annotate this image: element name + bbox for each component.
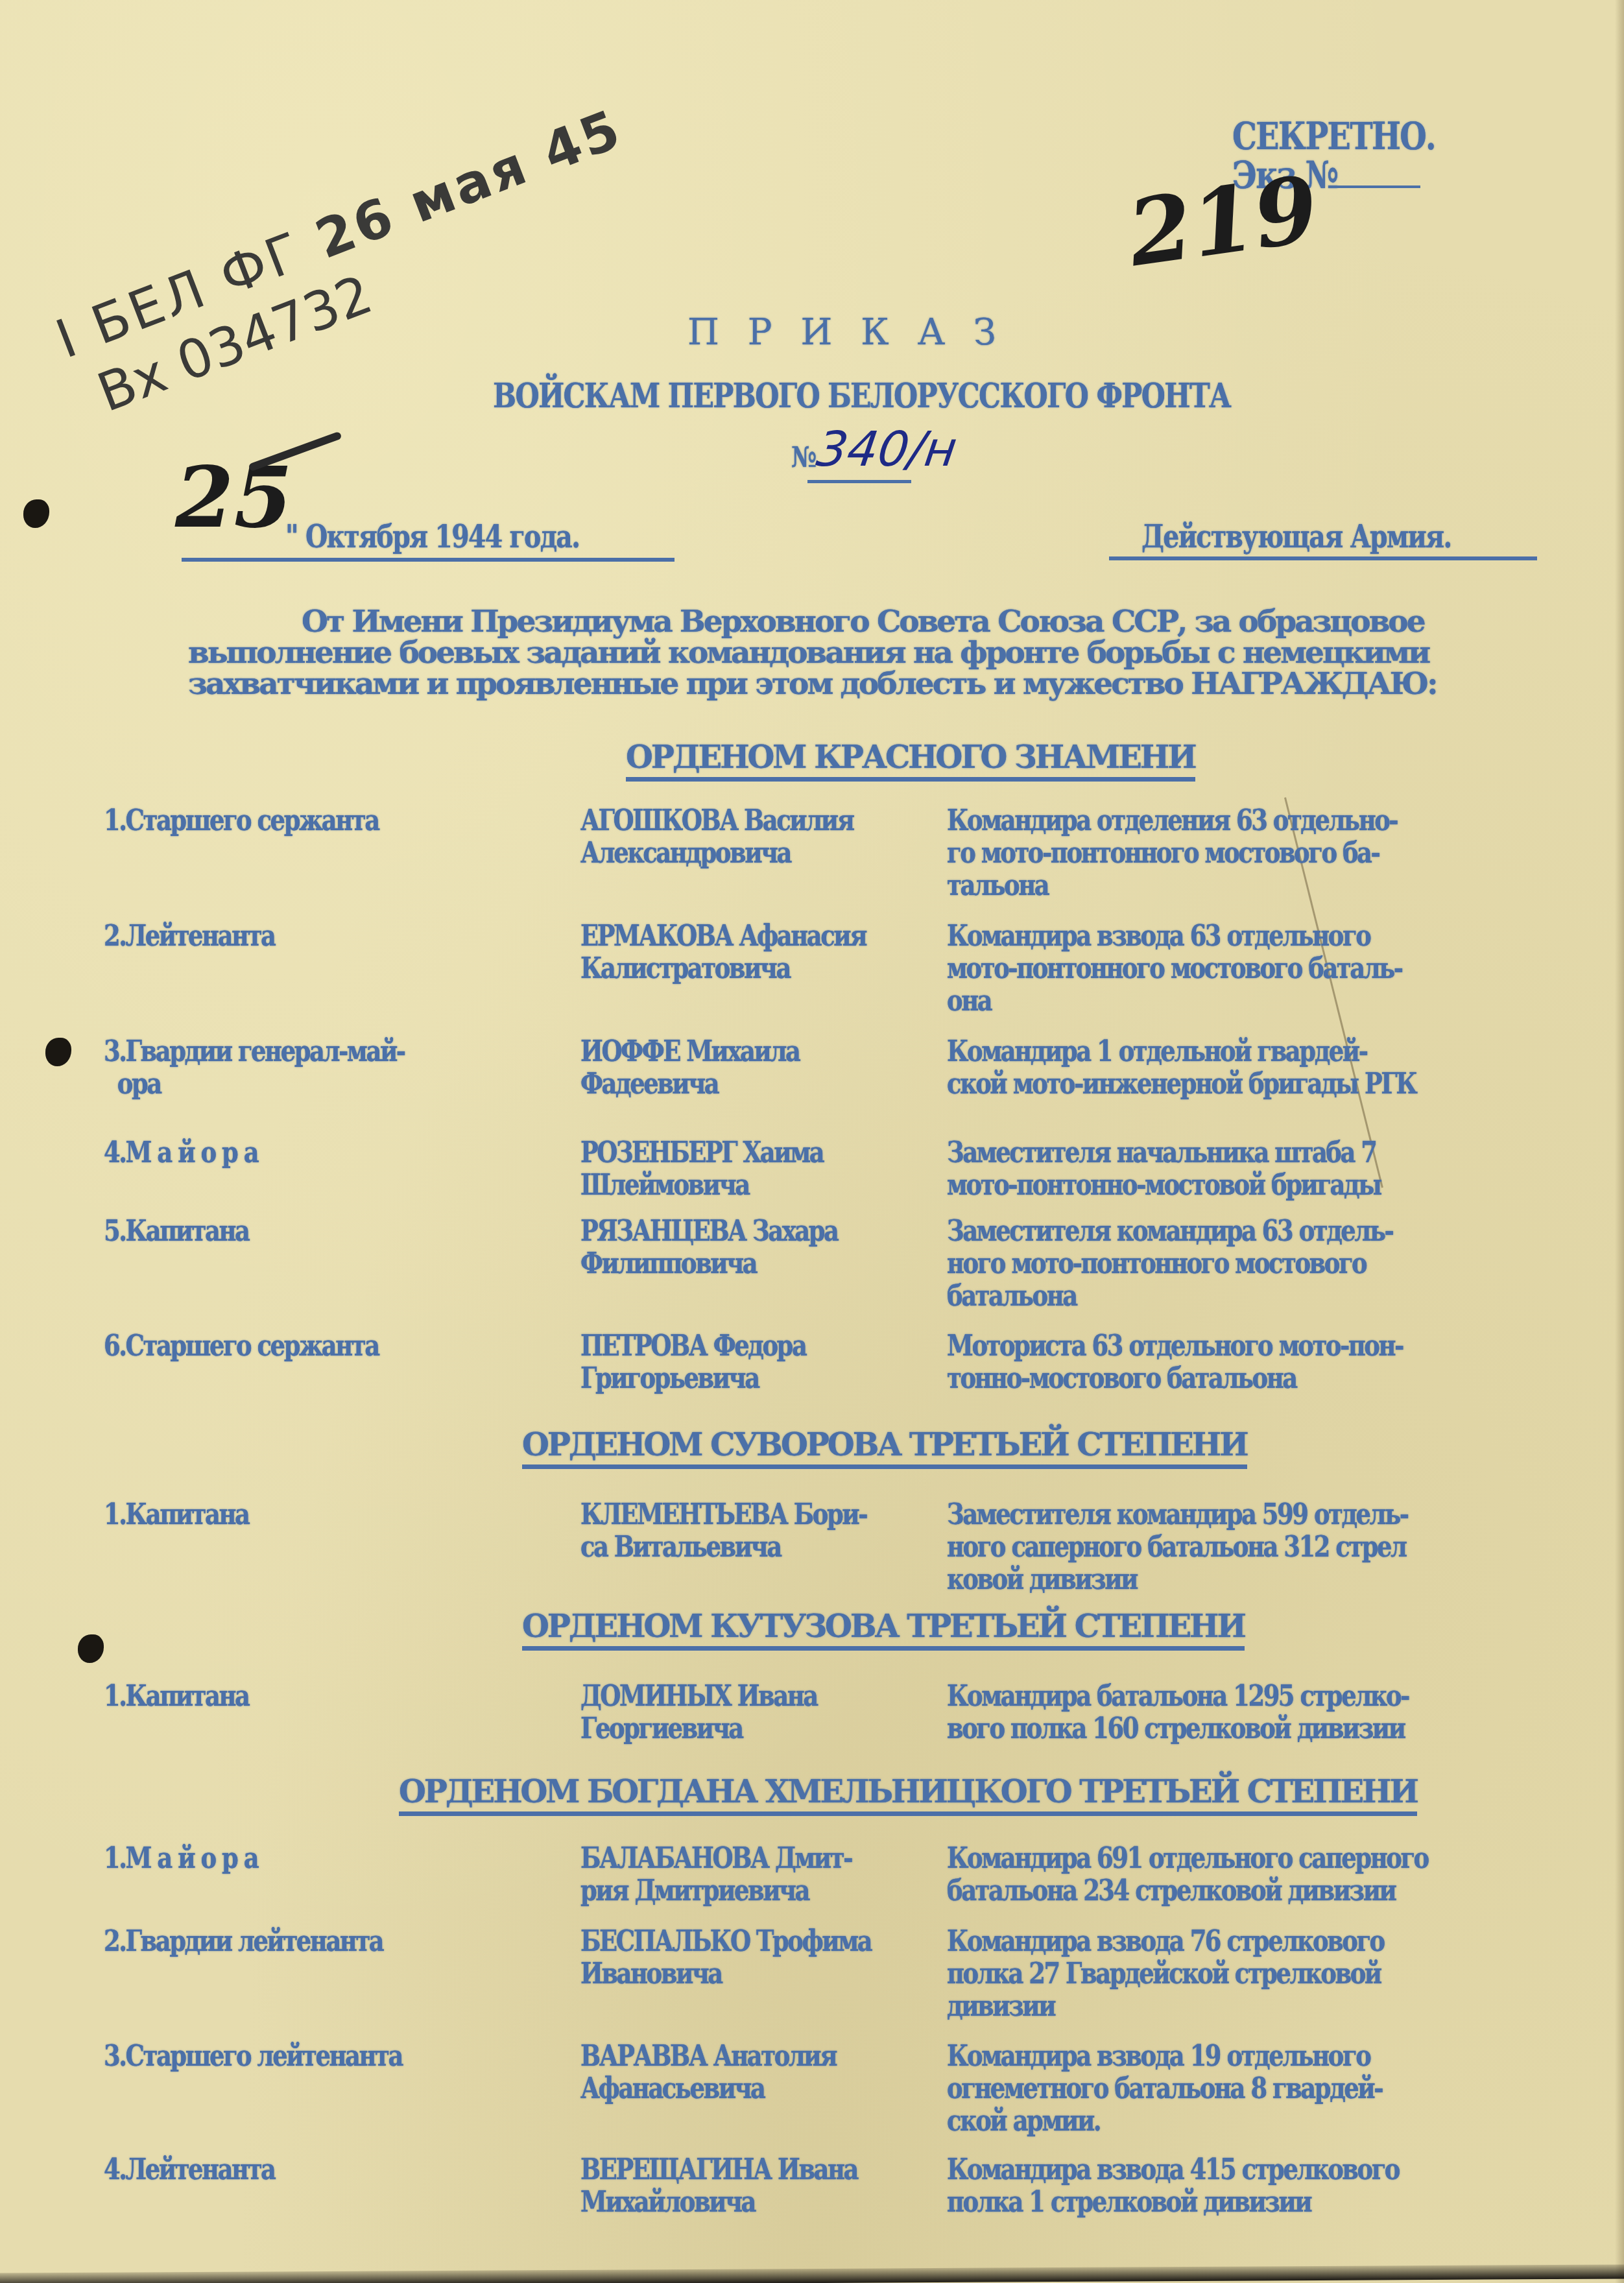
document-subtitle: ВОЙСКАМ ПЕРВОГО БЕЛОРУССКОГО ФРОНТА	[493, 376, 1230, 416]
entry-name: БЕСПАЛЬКО ТрофимаИвановича	[580, 1925, 871, 1990]
handwritten-page-number: 219	[1122, 156, 1324, 287]
section-title-kutuzov: ОРДЕНОМ КУТУЗОВА ТРЕТЬЕЙ СТЕПЕНИ	[522, 1608, 1245, 1645]
entry-position: Командира взвода 19 отдельногоогнеметног…	[947, 2040, 1382, 2137]
entry-rank: 6.Старшего сержанта	[104, 1330, 379, 1362]
entry-position: Командира взвода 76 стрелковогополка 27 …	[947, 1925, 1384, 2022]
preamble-line: От Имени Президиума Верховного Совета Со…	[188, 606, 1550, 638]
order-place: Действующая Армия.	[1141, 519, 1451, 555]
entry-name: ВЕРЕЩАГИНА ИванаМихайловича	[580, 2153, 857, 2218]
section-title-khmelnitsky: ОРДЕНОМ БОГДАНА ХМЕЛЬНИЦКОГО ТРЕТЬЕЙ СТЕ…	[399, 1774, 1417, 1810]
entry-position: Заместителя командира 63 отдель-ного мот…	[947, 1215, 1392, 1312]
section-title-text: ОРДЕНОМ КУТУЗОВА ТРЕТЬЕЙ СТЕПЕНИ	[522, 1608, 1245, 1651]
preamble-line: захватчиками и проявленные при этом добл…	[188, 669, 1550, 700]
entry-rank: 2.Гвардии лейтенанта	[104, 1925, 383, 1957]
entry-name: ИОФФЕ МихаилаФадеевича	[580, 1035, 799, 1100]
entry-name: ПЕТРОВА ФедораГригорьевича	[580, 1330, 806, 1394]
entry-name: РЯЗАНЦЕВА ЗахараФилипповича	[580, 1215, 837, 1280]
stamp-date: 26 мая 45	[307, 98, 630, 271]
place-underline	[1109, 556, 1537, 560]
entry-rank: 3.Гвардии генерал-май- ора	[104, 1035, 405, 1100]
section-title-suvorov: ОРДЕНОМ СУВОРОВА ТРЕТЬЕЙ СТЕПЕНИ	[522, 1427, 1247, 1463]
incoming-registration-stamp: I БЕЛ ФГ 26 мая 45 Вх 034732	[0, 82, 520, 480]
award-entry: 2.Лейтенанта ЕРМАКОВА АфанасияКалистрато…	[104, 920, 1621, 920]
classification-label: СЕКРЕТНО.	[1232, 117, 1435, 156]
award-entry: 1.М а й о р а БАЛАБАНОВА Дмит-рия Дмитри…	[104, 1842, 1621, 1843]
entry-position: Командира 691 отдельного саперногобаталь…	[947, 1842, 1428, 1907]
entry-position: Командира батальона 1295 стрелко-вого по…	[947, 1680, 1409, 1745]
award-entry: 5.Капитана РЯЗАНЦЕВА ЗахараФилипповича З…	[104, 1215, 1621, 1215]
entry-rank: 3.Старшего лейтенанта	[104, 2040, 402, 2072]
award-entry: 1.Капитана КЛЕМЕНТЬЕВА Бори-са Витальеви…	[104, 1498, 1621, 1499]
page-edge	[1615, 0, 1624, 2283]
copy-number-underline	[1336, 185, 1420, 188]
entry-position: Заместителя командира 599 отдель-ного са…	[947, 1498, 1408, 1596]
entry-name: РОЗЕНБЕРГ ХаимаШлеймовича	[580, 1136, 823, 1201]
entry-position: Моториста 63 отдельного мото-пон-тонно-м…	[947, 1330, 1403, 1394]
entry-name: БАЛАБАНОВА Дмит-рия Дмитриевича	[580, 1842, 852, 1907]
section-title-text: ОРДЕНОМ КРАСНОГО ЗНАМЕНИ	[626, 739, 1195, 782]
entry-position: Командира взвода 415 стрелковогополка 1 …	[947, 2153, 1399, 2218]
entry-name: АГОШКОВА ВасилияАлександровича	[580, 804, 853, 869]
award-entry: 3.Старшего лейтенанта ВАРАВВА АнатолияАф…	[104, 2040, 1621, 2040]
section-title-red-banner: ОРДЕНОМ КРАСНОГО ЗНАМЕНИ	[626, 739, 1195, 776]
section-title-text: ОРДЕНОМ СУВОРОВА ТРЕТЬЕЙ СТЕПЕНИ	[522, 1427, 1247, 1469]
date-underline	[182, 558, 675, 562]
award-entry: 6.Старшего сержанта ПЕТРОВА ФедораГригор…	[104, 1330, 1621, 1330]
entry-rank: 1.Старшего сержанта	[104, 804, 379, 837]
entry-name: ЕРМАКОВА АфанасияКалистратовича	[580, 920, 866, 985]
award-entry: 4.Лейтенанта ВЕРЕЩАГИНА ИванаМихайловича…	[104, 2153, 1621, 2154]
award-entry: 4.М а й о р а РОЗЕНБЕРГ ХаимаШлеймовича …	[104, 1136, 1621, 1137]
page-bottom-edge	[0, 2264, 1624, 2283]
preamble-paragraph: От Имени Президиума Верховного Совета Со…	[188, 606, 1550, 700]
entry-position: Командира отделения 63 отдельно-го мото-…	[947, 804, 1397, 902]
entry-rank: 1.М а й о р а	[104, 1842, 257, 1874]
entry-rank: 1.Капитана	[104, 1680, 248, 1712]
award-entry: 1.Капитана ДОМИНЫХ ИванаГеоргиевича Кома…	[104, 1680, 1621, 1680]
entry-name: ВАРАВВА АнатолияАфанасьевича	[580, 2040, 836, 2105]
order-number: 340/н	[813, 422, 961, 477]
entry-rank: 2.Лейтенанта	[104, 920, 275, 952]
binder-hole-middle	[45, 1038, 71, 1066]
document-title: ПРИКАЗ	[687, 311, 1025, 353]
entry-position: Командира взвода 63 отдельногомото-понто…	[947, 920, 1402, 1017]
award-entry: 1.Старшего сержанта АГОШКОВА ВасилияАлек…	[104, 804, 1621, 805]
award-entry: 3.Гвардии генерал-май- ора ИОФФЕ Михаила…	[104, 1035, 1621, 1036]
entry-name: КЛЕМЕНТЬЕВА Бори-са Витальевича	[580, 1498, 866, 1563]
order-date: " Октября 1944 года.	[285, 519, 579, 555]
binder-hole-bottom	[78, 1634, 104, 1663]
preamble-line: выполнение боевых заданий командования н…	[188, 638, 1550, 669]
order-number-sign: №	[791, 441, 816, 474]
award-entry: 2.Гвардии лейтенанта БЕСПАЛЬКО ТрофимаИв…	[104, 1925, 1621, 1926]
entry-position: Заместителя начальника штаба 7мото-понто…	[947, 1136, 1381, 1201]
binder-hole-top	[23, 499, 49, 528]
entry-rank: 4.Лейтенанта	[104, 2153, 275, 2186]
order-number-underline	[807, 480, 911, 483]
entry-rank: 5.Капитана	[104, 1215, 248, 1247]
entry-rank: 4.М а й о р а	[104, 1136, 257, 1169]
entry-position: Командира 1 отдельной гвардей-ской мото-…	[947, 1035, 1416, 1100]
section-title-text: ОРДЕНОМ БОГДАНА ХМЕЛЬНИЦКОГО ТРЕТЬЕЙ СТЕ…	[399, 1774, 1417, 1816]
entry-name: ДОМИНЫХ ИванаГеоргиевича	[580, 1680, 817, 1745]
entry-rank: 1.Капитана	[104, 1498, 248, 1531]
